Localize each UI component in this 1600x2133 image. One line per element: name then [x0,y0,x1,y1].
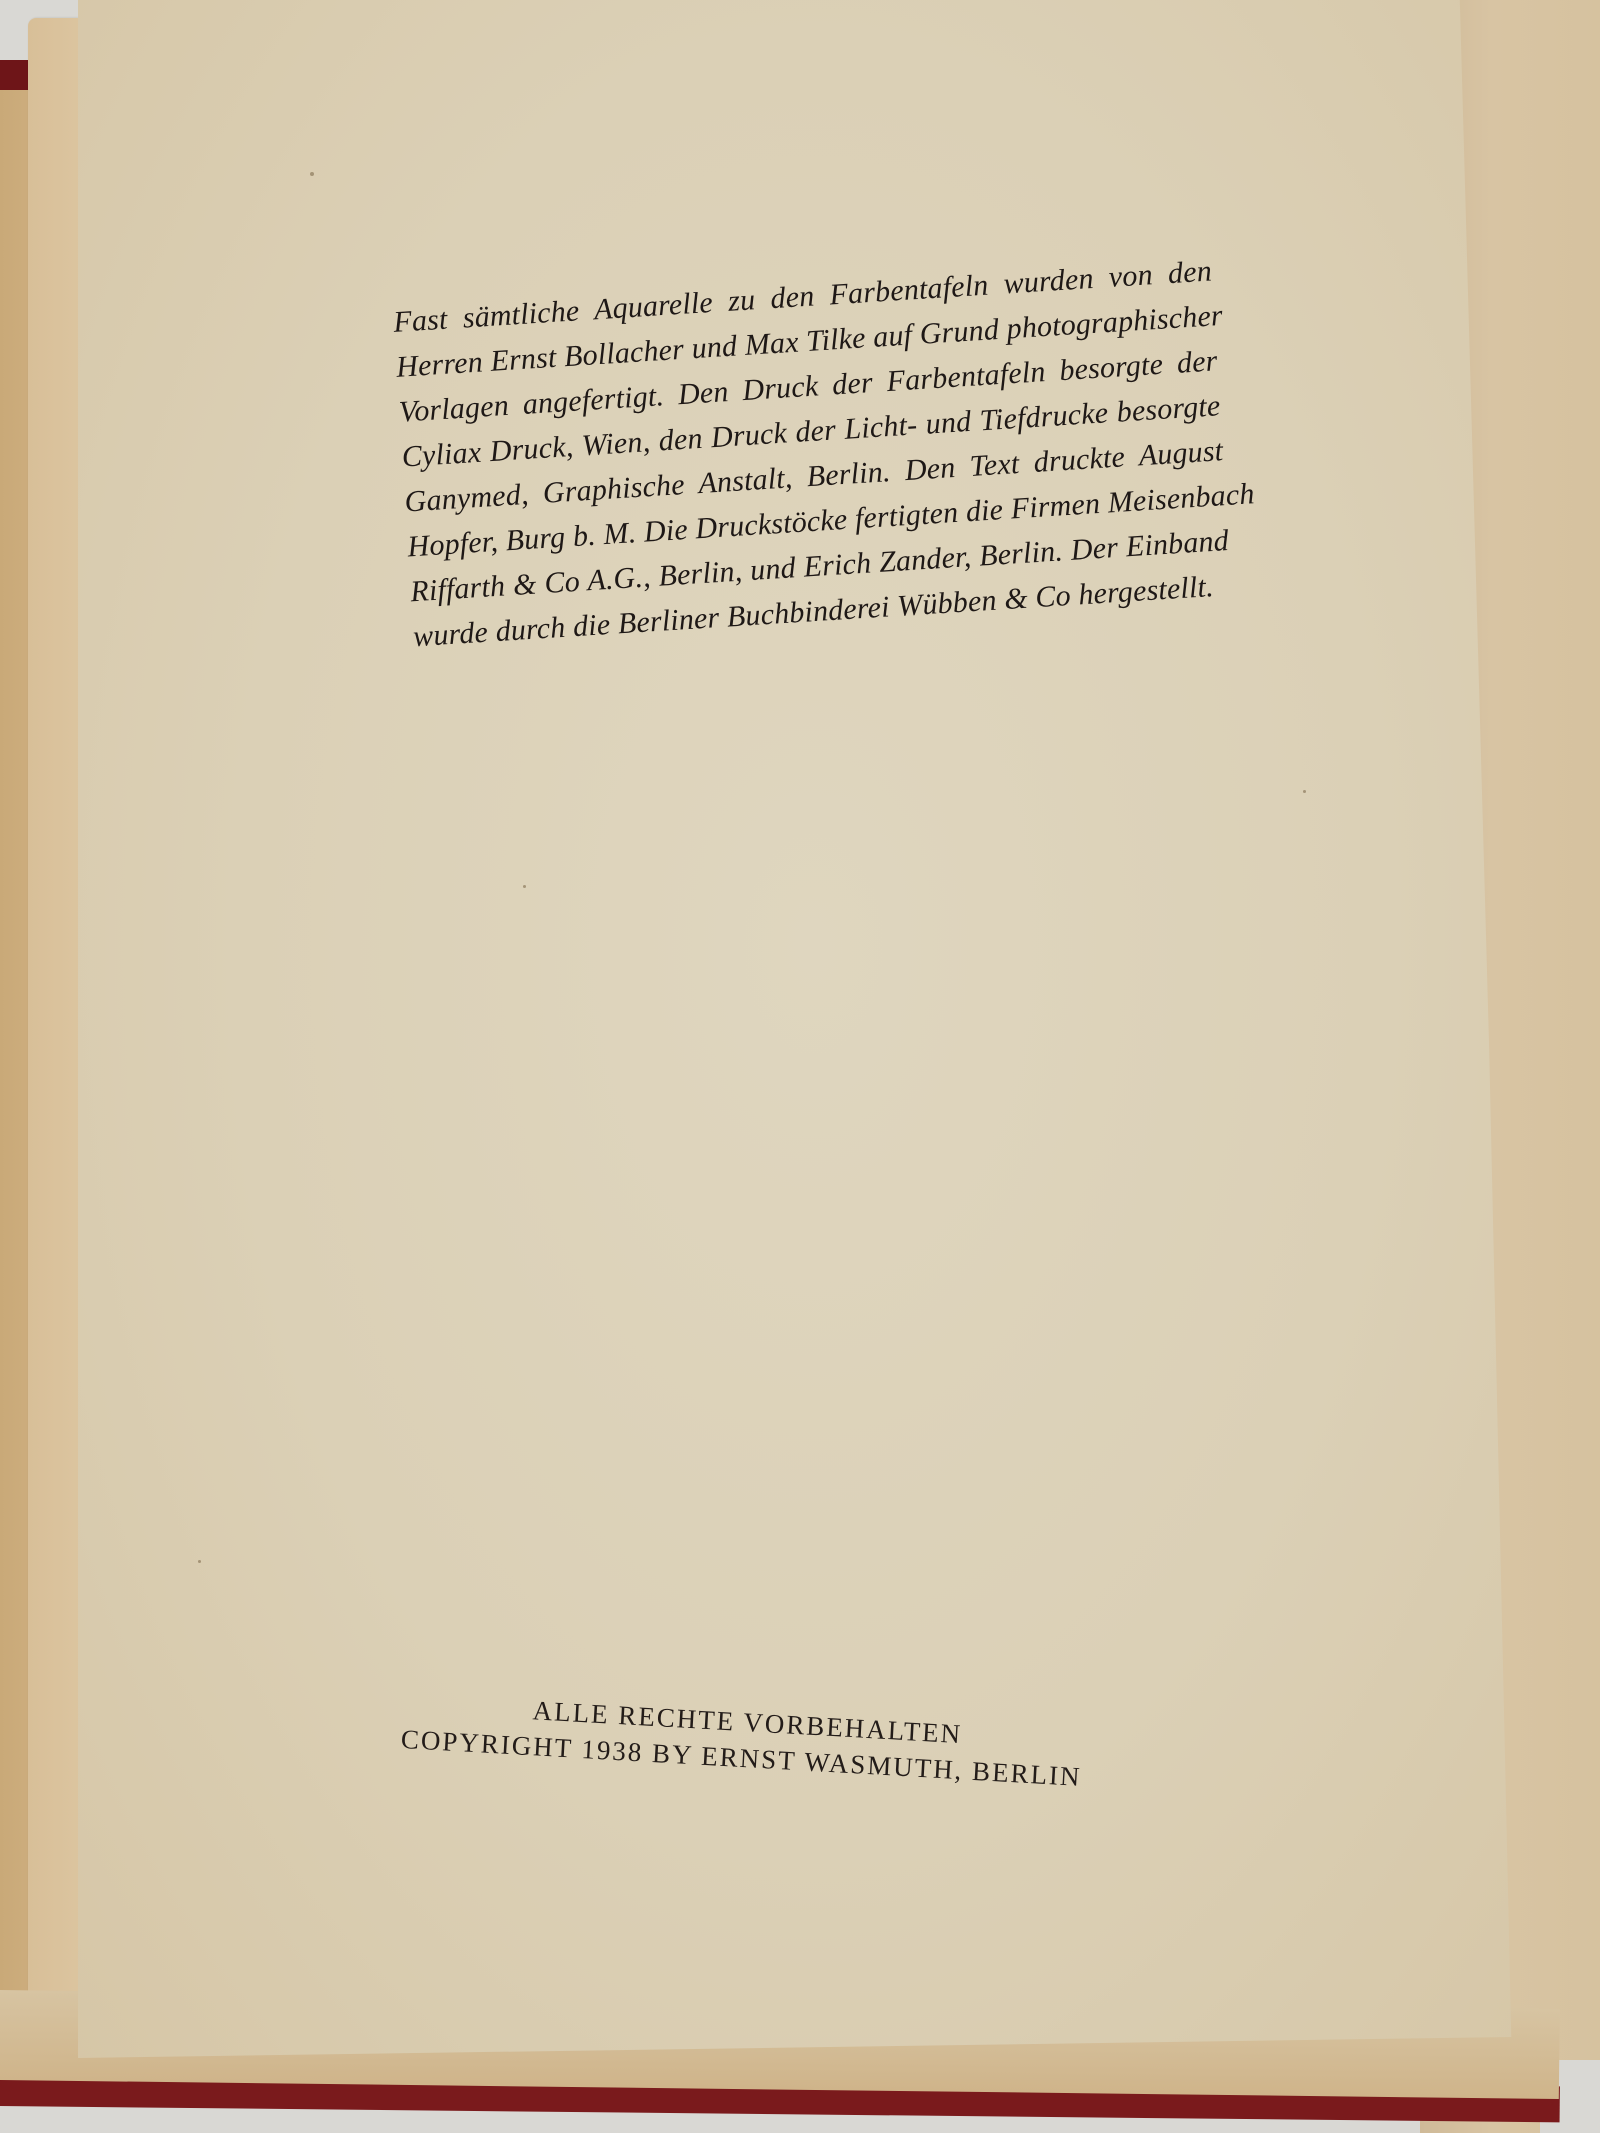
paper-speck [198,1560,201,1563]
paper-speck [1303,790,1306,793]
paper-speck [310,172,314,176]
colophon-paragraph: Fast sämtliche Aquarelle zu den Farbenta… [392,249,1233,660]
paper-speck [523,885,526,888]
